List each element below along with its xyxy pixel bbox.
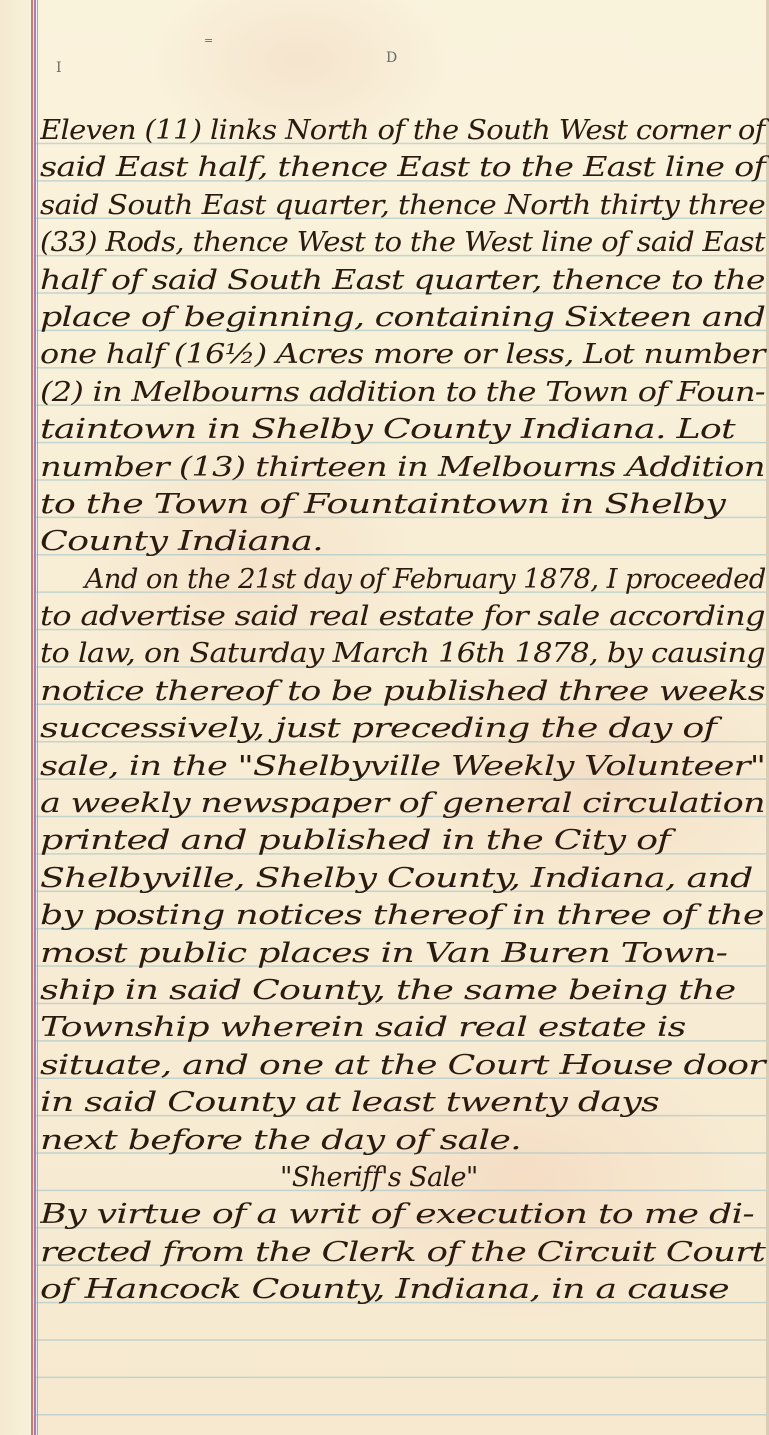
top-mark-left: I [56, 60, 62, 76]
text-line: by posting notices thereof in three of t… [40, 897, 769, 934]
margin-rule-red [31, 0, 33, 1435]
top-mark-middle: = [204, 34, 212, 47]
text-line: Township wherein said real estate is [40, 1009, 769, 1046]
top-mark-right: D [386, 50, 397, 66]
text-line: next before the day of sale. [40, 1122, 769, 1159]
text-line: of Hancock County, Indiana, in a cause [40, 1271, 769, 1308]
left-paper-strip [0, 0, 31, 1435]
text-line: sale, in the "Shelbyville Weekly Volunte… [40, 748, 769, 785]
text-line: said East half, thence East to the East … [40, 149, 769, 186]
text-line: most public places in Van Buren Town- [40, 935, 769, 972]
margin-rule-blue [34, 0, 36, 1435]
text-line: (2) in Melbourns addition to the Town of… [40, 374, 769, 411]
text-line: By virtue of a writ of execution to me d… [40, 1196, 769, 1233]
document-page: I = D Eleven (11) links North of the Sou… [0, 0, 769, 1435]
text-line: notice thereof to be published three wee… [40, 673, 769, 710]
text-line: rected from the Clerk of the Circuit Cou… [40, 1234, 769, 1271]
text-line: half of said South East quarter, thence … [40, 262, 769, 299]
text-line: place of beginning, containing Sixteen a… [40, 299, 769, 336]
text-line: (33) Rods, thence West to the West line … [40, 224, 769, 261]
text-line: successively, just preceding the day of [40, 710, 769, 747]
handwritten-text-block: Eleven (11) links North of the South Wes… [40, 112, 769, 1309]
text-line: number (13) thirteen in Melbourns Additi… [40, 449, 769, 486]
text-line: taintown in Shelby County Indiana. Lot [40, 411, 769, 448]
text-line: Shelbyville, Shelby County, Indiana, and [40, 860, 769, 897]
text-line: printed and published in the City of [40, 822, 769, 859]
text-line: ship in said County, the same being the [40, 972, 769, 1009]
text-line: Eleven (11) links North of the South Wes… [40, 112, 769, 149]
text-line: in said County at least twenty days [40, 1084, 769, 1121]
section-heading-sheriffs-sale: "Sheriff's Sale" [40, 1159, 769, 1196]
text-line: to advertise said real estate for sale a… [40, 598, 769, 635]
text-line: one half (16½) Acres more or less, Lot n… [40, 336, 769, 373]
text-line: to law, on Saturday March 16th 1878, by … [40, 635, 769, 672]
margin-rule-red-inner [37, 0, 38, 1435]
text-line: to the Town of Fountaintown in Shelby [40, 486, 769, 523]
text-line: said South East quarter, thence North th… [40, 187, 769, 224]
text-line: situate, and one at the Court House door [40, 1047, 769, 1084]
text-line: County Indiana. [40, 523, 769, 560]
text-line: a weekly newspaper of general circulatio… [40, 785, 769, 822]
paragraph-start-line: And on the 21st day of February 1878, I … [40, 561, 769, 598]
